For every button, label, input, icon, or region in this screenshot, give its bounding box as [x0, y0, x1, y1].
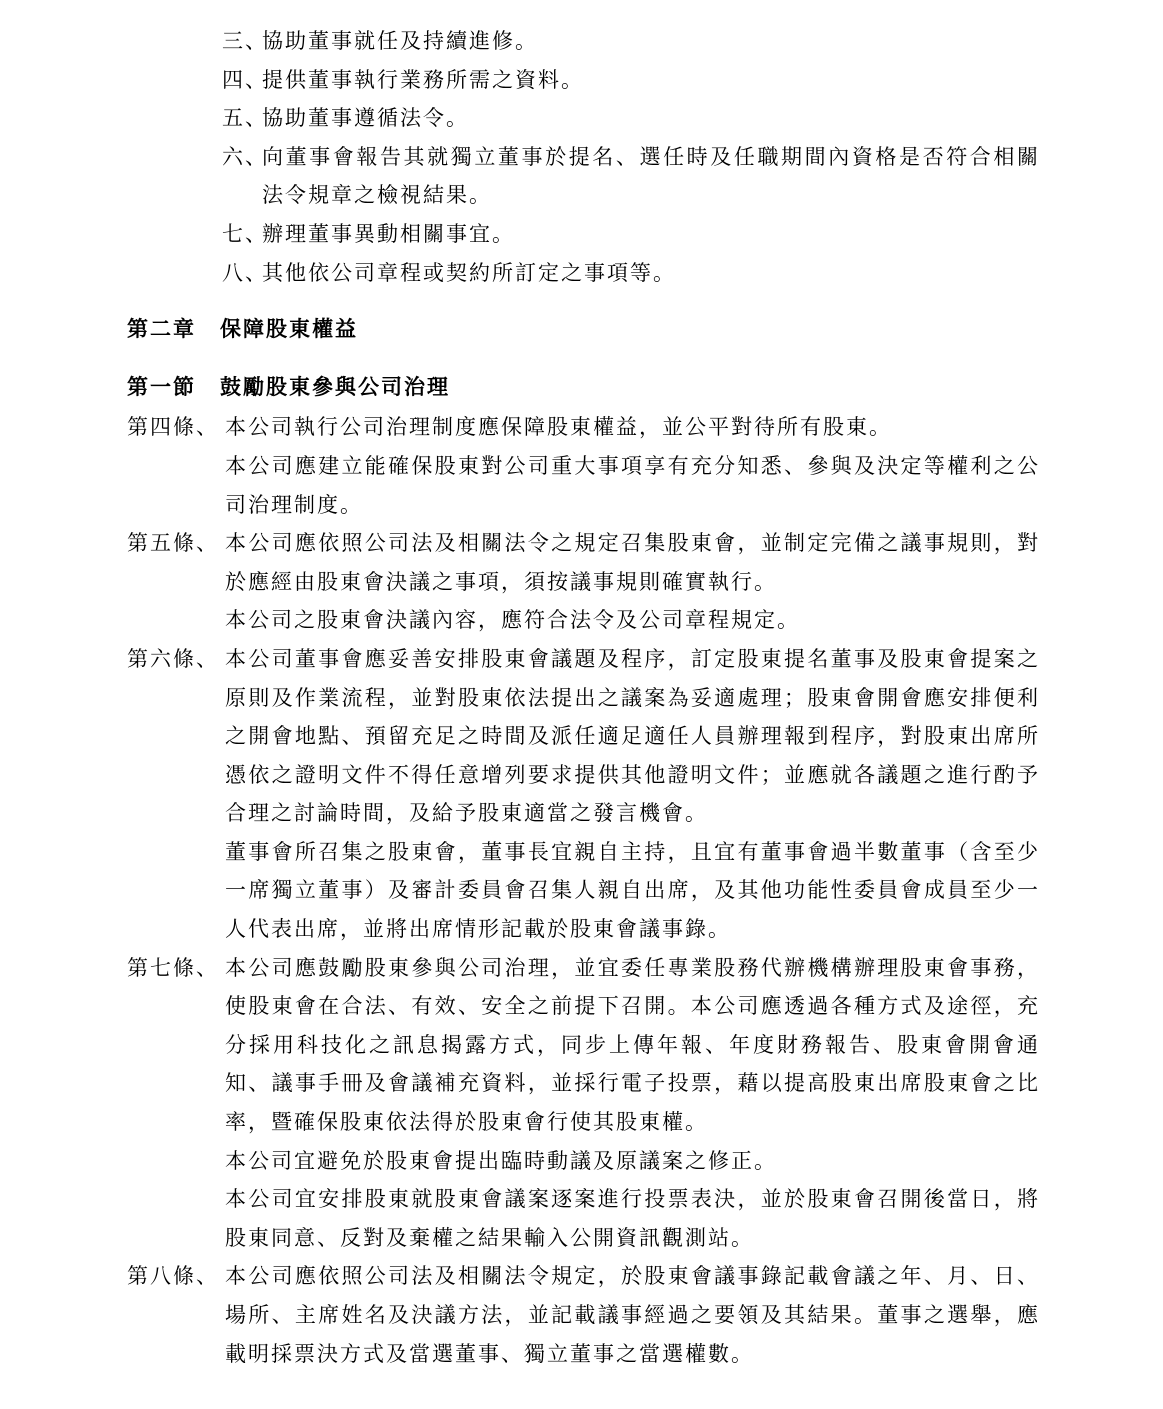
article-body: 本公司應依照公司法及相關法令規定，於股東會議事錄記載會議之年、月、日、場所、主席… [225, 1257, 1040, 1373]
article-4: 第四條、 本公司執行公司治理制度應保障股東權益，並公平對待所有股東。 本公司應建… [127, 408, 1040, 524]
chapter-title: 保障股東權益 [220, 316, 358, 341]
article-label: 第六條、 [127, 640, 225, 679]
section-title: 鼓勵股東參與公司治理 [220, 374, 450, 399]
article-6: 第六條、 本公司董事會應妥善安排股東會議題及程序，訂定股東提名董事及股東會提案之… [127, 640, 1040, 949]
article-paragraph: 本公司宜避免於股東會提出臨時動議及原議案之修正。 [225, 1142, 1040, 1181]
article-paragraph: 本公司應建立能確保股東對公司重大事項享有充分知悉、參與及決定等權利之公司治理制度… [225, 447, 1040, 524]
list-item-text: 其他依公司章程或契約所訂定之事項等。 [262, 261, 676, 285]
list-item-marker: 五、 [222, 99, 268, 138]
article-paragraph: 本公司應鼓勵股東參與公司治理，並宜委任專業股務代辦機構辦理股東會事務，使股東會在… [225, 949, 1040, 1142]
list-item: 六、 向董事會報告其就獨立董事於提名、選任時及任職期間內資格是否符合相關法令規章… [222, 138, 1040, 215]
list-item-text: 向董事會報告其就獨立董事於提名、選任時及任職期間內資格是否符合相關法令規章之檢視… [262, 145, 1040, 208]
article-paragraph: 本公司應依照公司法及相關法令規定，於股東會議事錄記載會議之年、月、日、場所、主席… [225, 1257, 1040, 1373]
list-item-marker: 七、 [222, 215, 268, 254]
document-page: 三、 協助董事就任及持續進修。 四、 提供董事執行業務所需之資料。 五、 協助董… [0, 0, 1163, 1409]
list-item-text: 提供董事執行業務所需之資料。 [262, 68, 584, 92]
article-label: 第五條、 [127, 524, 225, 563]
chapter-heading: 第二章保障股東權益 [127, 310, 1040, 349]
list-item: 四、 提供董事執行業務所需之資料。 [222, 61, 1040, 100]
list-item-marker: 三、 [222, 22, 268, 61]
article-5: 第五條、 本公司應依照公司法及相關法令之規定召集股東會，並制定完備之議事規則，對… [127, 524, 1040, 640]
list-item-text: 協助董事遵循法令。 [262, 106, 469, 130]
article-paragraph: 本公司宜安排股東就股東會議案逐案進行投票表決，並於股東會召開後當日，將股東同意、… [225, 1180, 1040, 1257]
article-8: 第八條、 本公司應依照公司法及相關法令規定，於股東會議事錄記載會議之年、月、日、… [127, 1257, 1040, 1373]
article-body: 本公司董事會應妥善安排股東會議題及程序，訂定股東提名董事及股東會提案之原則及作業… [225, 640, 1040, 949]
list-item: 八、 其他依公司章程或契約所訂定之事項等。 [222, 254, 1040, 293]
article-body: 本公司應依照公司法及相關法令之規定召集股東會，並制定完備之議事規則，對於應經由股… [225, 524, 1040, 640]
article-label: 第四條、 [127, 408, 225, 447]
article-label: 第八條、 [127, 1257, 225, 1296]
section-number: 第一節 [127, 368, 196, 407]
chapter-number: 第二章 [127, 310, 196, 349]
article-body: 本公司執行公司治理制度應保障股東權益，並公平對待所有股東。 本公司應建立能確保股… [225, 408, 1040, 524]
article-paragraph: 本公司董事會應妥善安排股東會議題及程序，訂定股東提名董事及股東會提案之原則及作業… [225, 640, 1040, 833]
list-item-marker: 八、 [222, 254, 268, 293]
list-item-marker: 六、 [222, 138, 268, 177]
article-paragraph: 本公司之股東會決議內容，應符合法令及公司章程規定。 [225, 601, 1040, 640]
article-7: 第七條、 本公司應鼓勵股東參與公司治理，並宜委任專業股務代辦機構辦理股東會事務，… [127, 949, 1040, 1258]
list-item: 五、 協助董事遵循法令。 [222, 99, 1040, 138]
list-item-marker: 四、 [222, 61, 268, 100]
article-body: 本公司應鼓勵股東參與公司治理，並宜委任專業股務代辦機構辦理股東會事務，使股東會在… [225, 949, 1040, 1258]
list-item-text: 協助董事就任及持續進修。 [262, 29, 538, 53]
list-item: 七、 辦理董事異動相關事宜。 [222, 215, 1040, 254]
list-item-text: 辦理董事異動相關事宜。 [262, 222, 515, 246]
article-label: 第七條、 [127, 949, 225, 988]
article-paragraph: 本公司應依照公司法及相關法令之規定召集股東會，並制定完備之議事規則，對於應經由股… [225, 524, 1040, 601]
section-heading: 第一節鼓勵股東參與公司治理 [127, 368, 1040, 407]
article-paragraph: 董事會所召集之股東會，董事長宜親自主持，且宜有董事會過半數董事（含至少一席獨立董… [225, 833, 1040, 949]
article-paragraph: 本公司執行公司治理制度應保障股東權益，並公平對待所有股東。 [225, 408, 1040, 447]
numbered-list: 三、 協助董事就任及持續進修。 四、 提供董事執行業務所需之資料。 五、 協助董… [222, 22, 1040, 292]
list-item: 三、 協助董事就任及持續進修。 [222, 22, 1040, 61]
